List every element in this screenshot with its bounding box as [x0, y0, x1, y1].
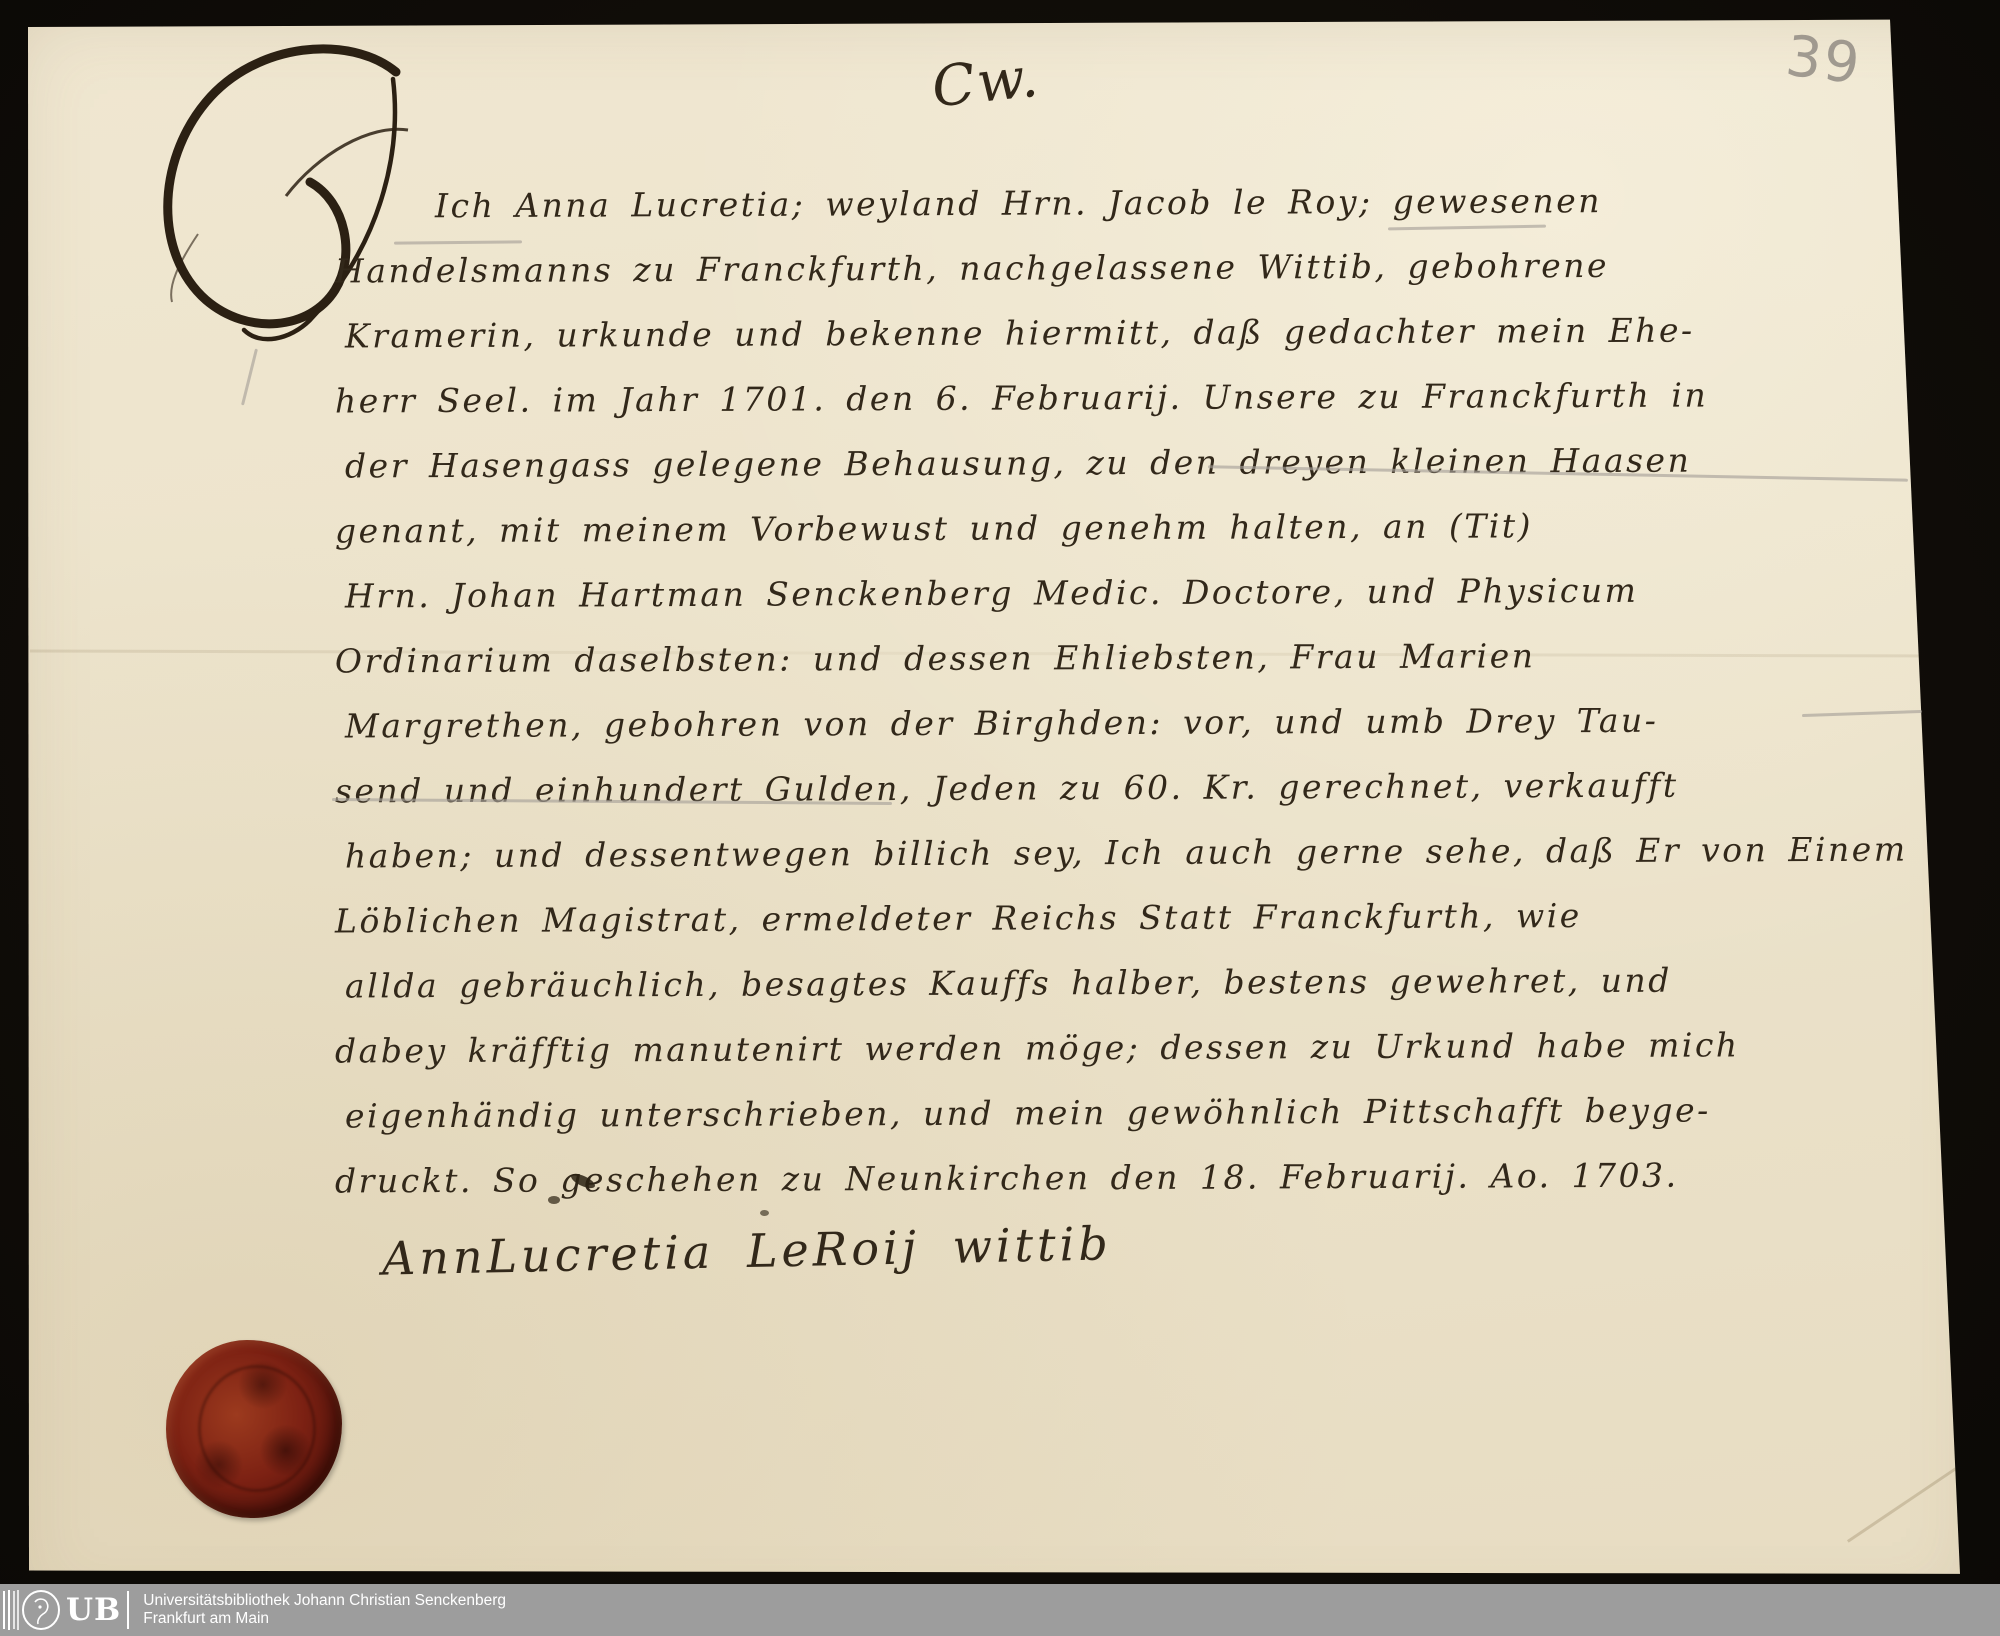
manuscript-line: Margrethen, gebohren von der Birghden: v… — [345, 687, 1935, 759]
manuscript-line: der Hasengass gelegene Behausung, zu den… — [345, 427, 1935, 499]
manuscript-line: send und einhundert Gulden, Jeden zu 60.… — [335, 752, 1935, 824]
library-logo: UB — [2, 1588, 129, 1632]
library-logo-icon — [2, 1588, 64, 1632]
corner-crease — [1847, 1456, 1973, 1542]
pencil-page-number: 39 — [1782, 24, 1865, 98]
manuscript-line: Löblichen Magistrat, ermeldeter Reichs S… — [335, 882, 1935, 954]
manuscript-line: Hrn. Johan Hartman Senckenberg Medic. Do… — [345, 557, 1935, 629]
manuscript-text: Ich Anna Lucretia; weyland Hrn. Jacob le… — [335, 170, 1935, 1210]
manuscript-line: eigenhändig unterschrieben, und mein gew… — [345, 1077, 1935, 1149]
wax-seal-ridge — [198, 1365, 317, 1492]
ink-blot — [548, 1196, 560, 1204]
manuscript-line: allda gebräuchlich, besagtes Kauffs halb… — [345, 947, 1935, 1019]
scan-background: 39 Cw. Ich Anna Lucretia; weyland Hrn. J… — [0, 0, 2000, 1636]
archive-mark: Cw. — [929, 45, 1043, 121]
manuscript-line: haben; und dessentwegen billich sey, Ich… — [345, 817, 1935, 889]
manuscript-line: genant, mit meinem Vorbewust und genehm … — [335, 492, 1935, 564]
manuscript-line: Ordinarium daselbsten: und dessen Ehlieb… — [335, 622, 1935, 694]
manuscript-line: dabey kräfftig manutenirt werden möge; d… — [335, 1012, 1935, 1084]
manuscript-line: Kramerin, urkunde und bekenne hiermitt, … — [345, 297, 1935, 369]
manuscript-line: herr Seel. im Jahr 1701. den 6. Februari… — [335, 362, 1935, 434]
ink-blot — [760, 1210, 769, 1216]
manuscript-line: Handelsmanns zu Franckfurth, nachgelasse… — [335, 232, 1935, 304]
library-name: Universitätsbibliothek Johann Christian … — [143, 1592, 506, 1610]
ub-logo-text: UB — [66, 1592, 121, 1628]
library-watermark-bar: UB Universitätsbibliothek Johann Christi… — [0, 1584, 2000, 1636]
library-city: Frankfurt am Main — [143, 1610, 506, 1628]
logo-divider — [127, 1591, 129, 1629]
manuscript-line: Ich Anna Lucretia; weyland Hrn. Jacob le… — [435, 167, 1935, 239]
